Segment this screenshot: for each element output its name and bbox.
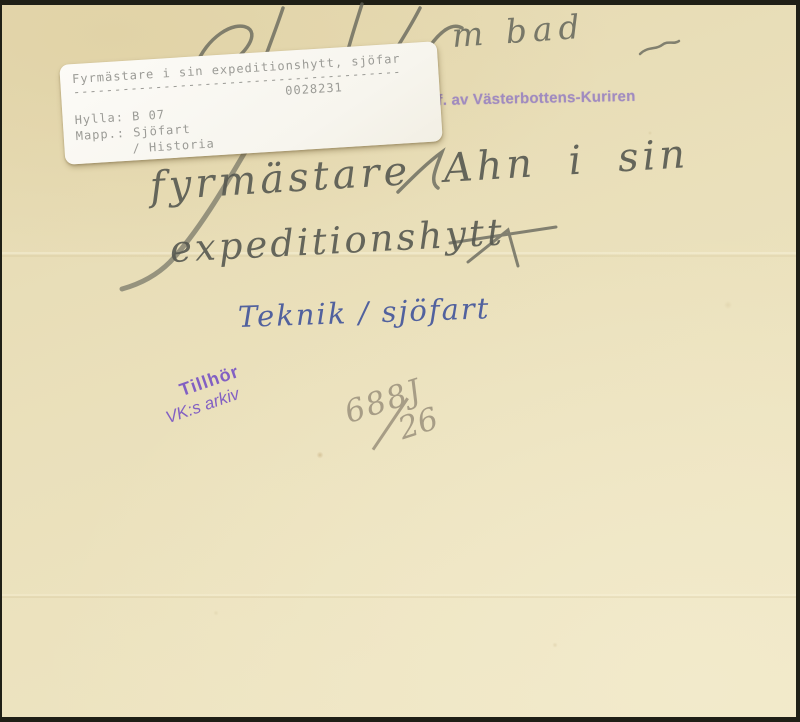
- scanned-photo-back: ef. av Västerbottens-Kuriren m bad Fyrmä…: [0, 0, 800, 722]
- paper-crease-lower: [2, 594, 796, 598]
